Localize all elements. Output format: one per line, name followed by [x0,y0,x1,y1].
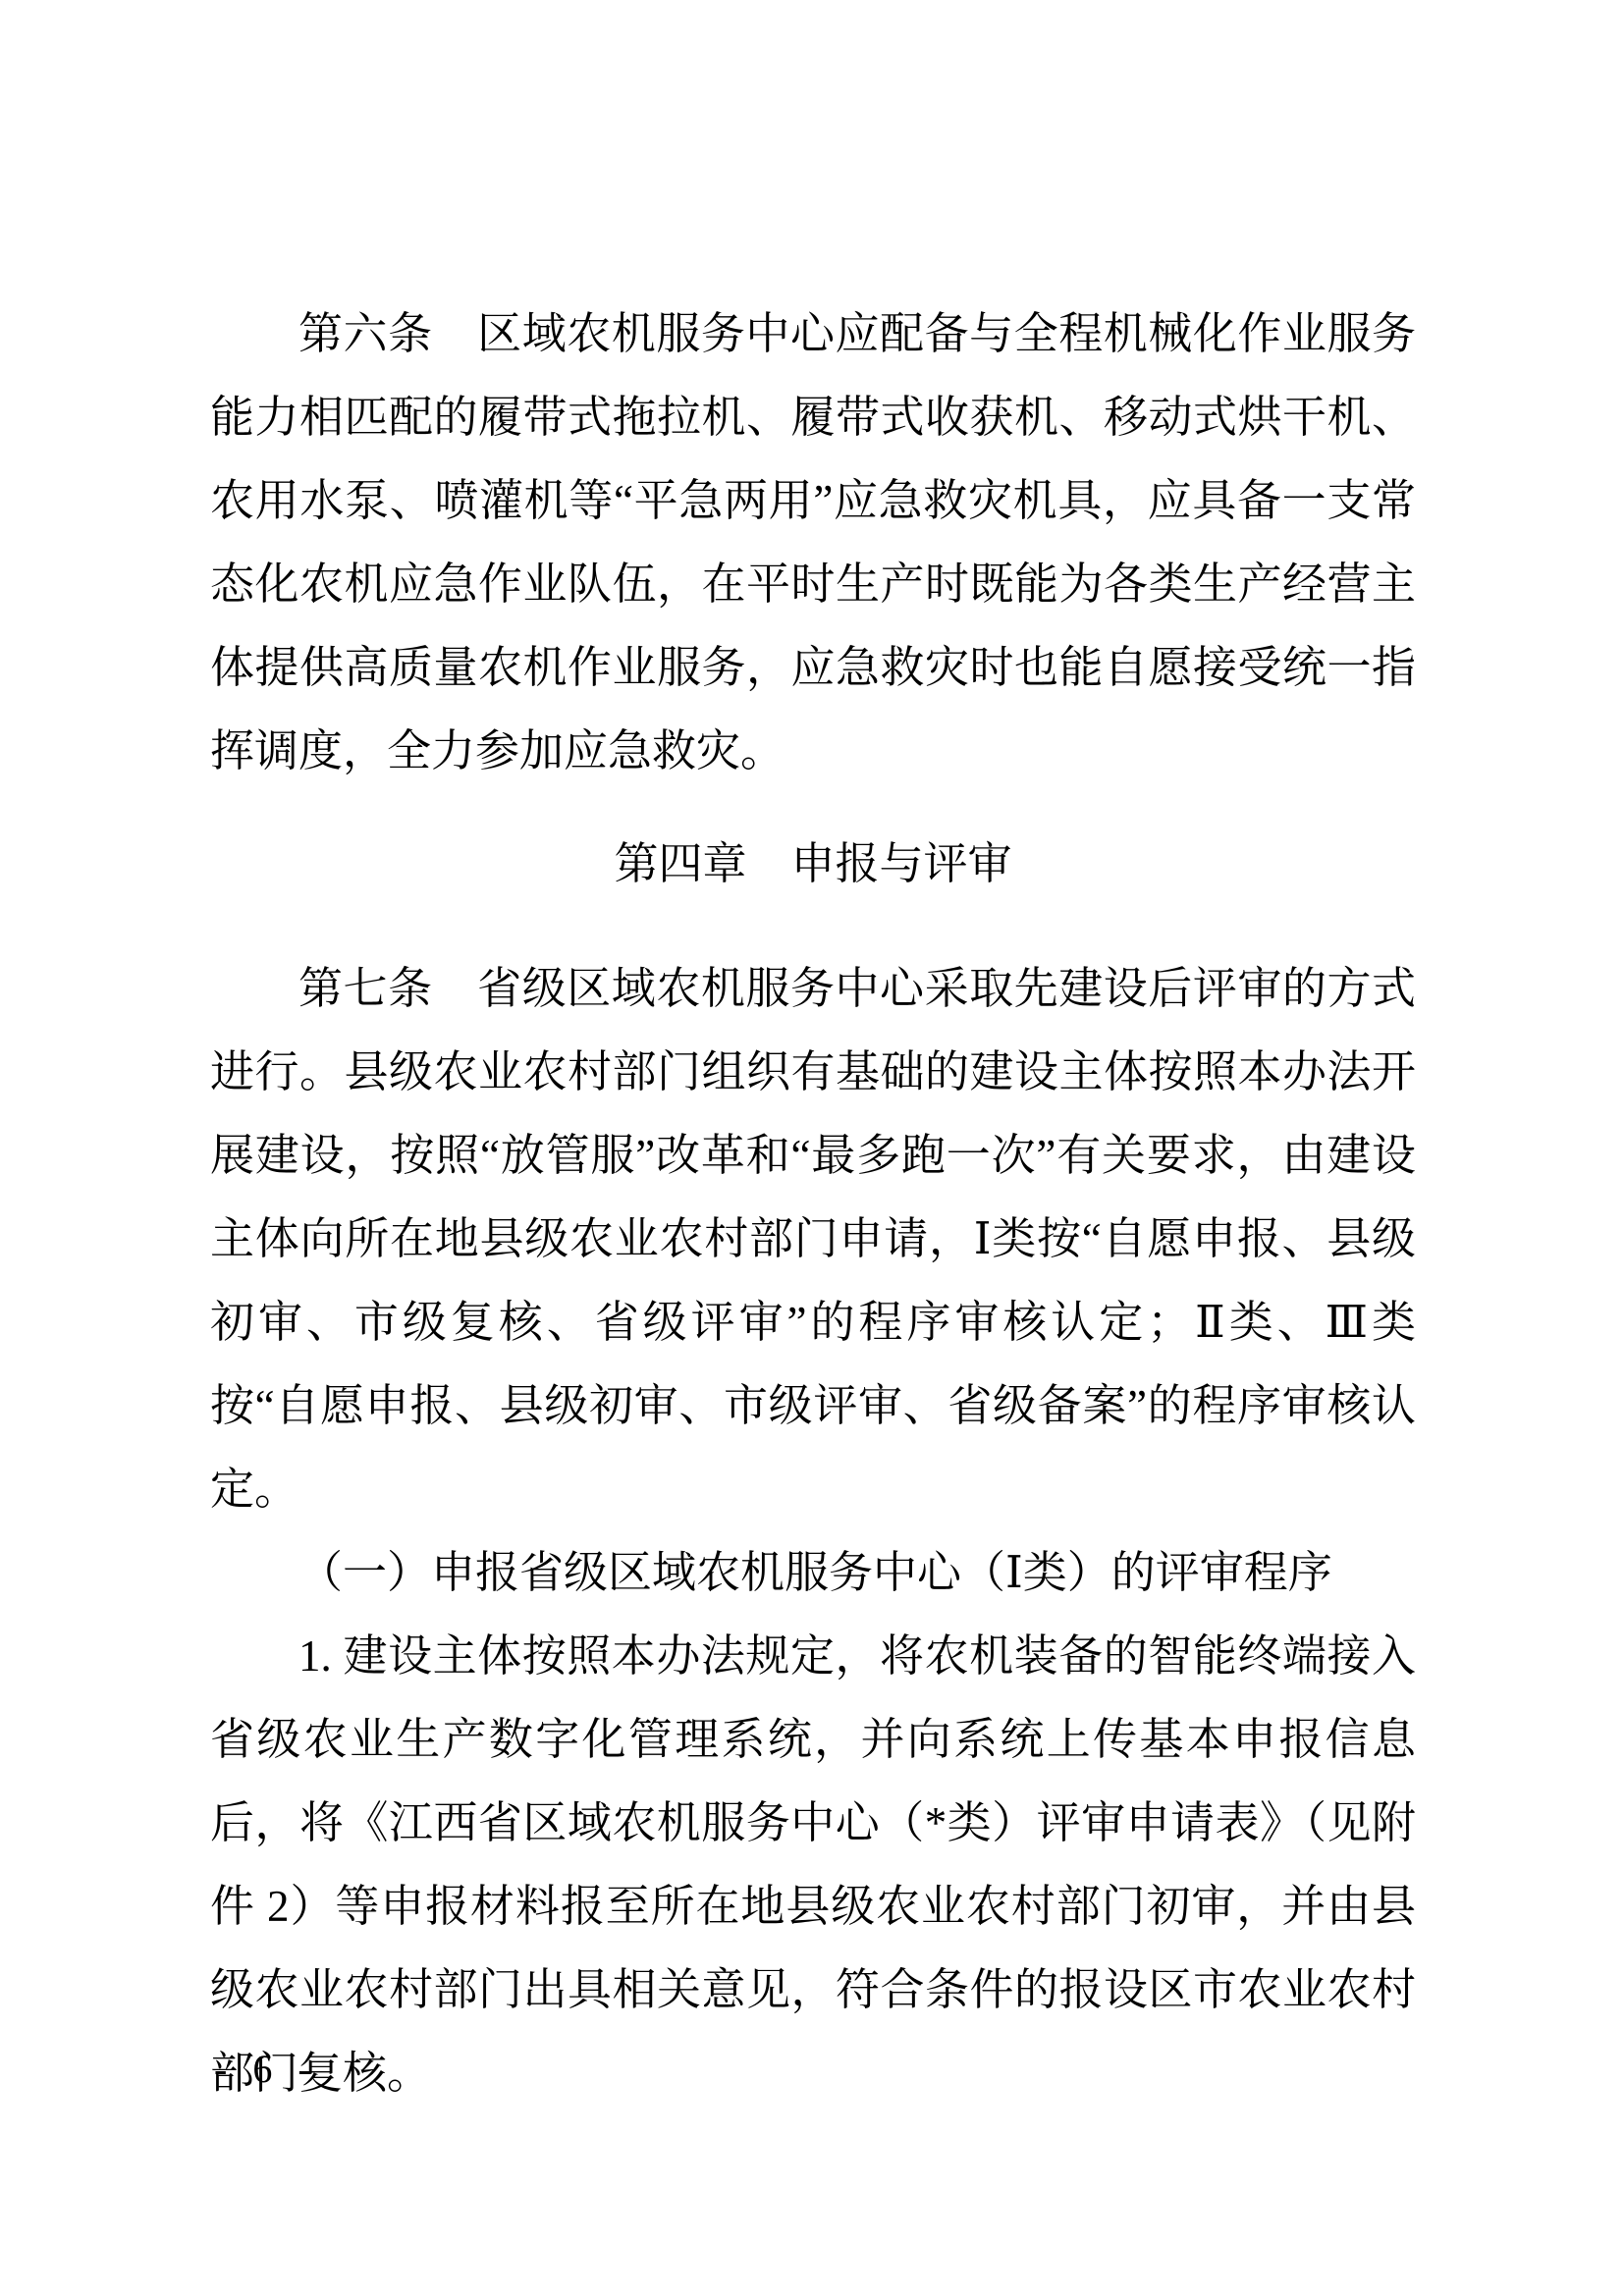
paragraph-step-1: 1. 建设主体按照本办法规定，将农机装备的智能终端接入省级农业生产数字化管理系统… [210,1615,1416,2115]
document-page: 第六条 区域农机服务中心应配备与全程机械化作业服务能力相匹配的履带式拖拉机、履带… [0,0,1624,2296]
page-number: - 6 - [214,2047,319,2091]
paragraph-article-6: 第六条 区域农机服务中心应配备与全程机械化作业服务能力相匹配的履带式拖拉机、履带… [210,293,1416,793]
document-body: 第六条 区域农机服务中心应配备与全程机械化作业服务能力相匹配的履带式拖拉机、履带… [210,293,1416,2115]
chapter-heading: 第四章 申报与评审 [210,823,1416,906]
paragraph-article-7: 第七条 省级区域农机服务中心采取先建设后评审的方式进行。县级农业农村部门组织有基… [210,947,1416,1531]
list-item-one-heading: （一）申报省级区域农机服务中心（Ⅰ类）的评审程序 [210,1531,1416,1615]
